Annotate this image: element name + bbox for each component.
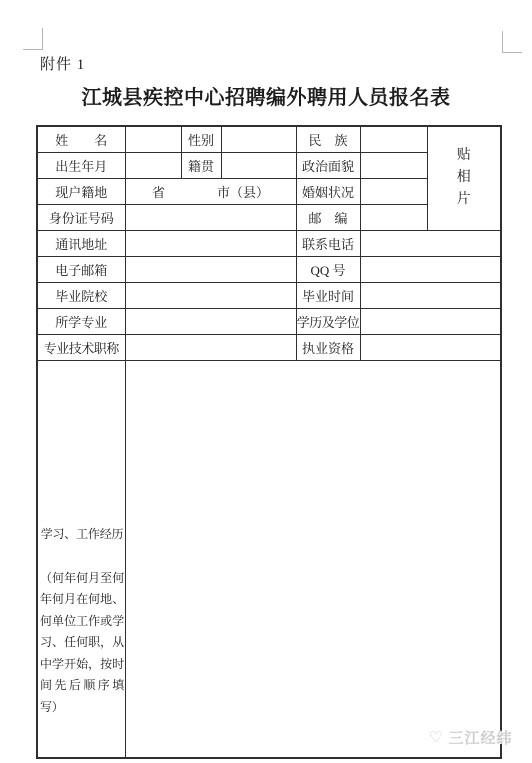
ethnicity-value-cell (360, 126, 427, 152)
address-value-cell (125, 230, 296, 256)
prof-title-label: 专业技术职称 (37, 334, 125, 360)
phone-label: 联系电话 (296, 230, 360, 256)
document-page: 附件 1 江城县疾控中心招聘编外聘用人员报名表 姓 名 性别 民 族 贴相片 出… (0, 0, 532, 763)
row-major-degree: 所学专业 学历及学位 (37, 308, 501, 334)
major-value-cell (125, 308, 296, 334)
political-value-cell (360, 152, 427, 178)
id-number-value-cell (125, 204, 296, 230)
photo-label: 贴相片 (456, 145, 471, 211)
row-proftitle-qualification: 专业技术职称 执业资格 (37, 334, 501, 360)
marital-label: 婚姻状况 (296, 178, 360, 204)
experience-label: 学习、工作经历 (40, 525, 124, 542)
email-value-cell (125, 256, 296, 282)
political-label: 政治面貌 (296, 152, 360, 178)
native-place-value-cell (221, 152, 296, 178)
school-label: 毕业院校 (37, 282, 125, 308)
registration-form-table: 姓 名 性别 民 族 贴相片 出生年月 籍贯 政治面貌 现户籍地 省 市（县） … (36, 125, 502, 759)
experience-value-cell (125, 360, 501, 758)
postal-code-value-cell (360, 204, 427, 230)
grad-time-value-cell (360, 282, 501, 308)
name-value-cell (125, 126, 181, 152)
row-email-qq: 电子邮箱 QQ 号 (37, 256, 501, 282)
postal-code-label: 邮 编 (296, 204, 360, 230)
page-title: 江城县疾控中心招聘编外聘用人员报名表 (0, 81, 532, 110)
margin-crop-mark-top-left (23, 28, 43, 50)
row-address-phone: 通讯地址 联系电话 (37, 230, 501, 256)
attachment-label: 附件 1 (40, 53, 85, 74)
address-label: 通讯地址 (37, 230, 125, 256)
qq-label: QQ 号 (296, 256, 360, 282)
degree-value-cell (360, 308, 501, 334)
degree-label: 学历及学位 (296, 308, 360, 334)
birth-label: 出生年月 (37, 152, 125, 178)
gender-label: 性别 (181, 126, 221, 152)
grad-time-label: 毕业时间 (296, 282, 360, 308)
photo-cell: 贴相片 (427, 126, 501, 230)
prof-title-value-cell (125, 334, 296, 360)
margin-crop-mark-top-right (502, 31, 522, 53)
qq-value-cell (360, 256, 501, 282)
household-value-cell: 省 市（县） (125, 178, 296, 204)
native-place-label: 籍贯 (181, 152, 221, 178)
row-experience: 学习、工作经历 （何年何月至何年何月在何地、何单位工作或学习、任何职，从中学开始… (37, 360, 501, 758)
email-label: 电子邮箱 (37, 256, 125, 282)
row-name-gender-ethnicity: 姓 名 性别 民 族 贴相片 (37, 126, 501, 152)
name-label: 姓 名 (37, 126, 125, 152)
gender-value-cell (221, 126, 296, 152)
row-school-gradtime: 毕业院校 毕业时间 (37, 282, 501, 308)
id-number-label: 身份证号码 (37, 204, 125, 230)
qualification-value-cell (360, 334, 501, 360)
school-value-cell (125, 282, 296, 308)
household-label: 现户籍地 (37, 178, 125, 204)
experience-label-cell: 学习、工作经历 （何年何月至何年何月在何地、何单位工作或学习、任何职，从中学开始… (37, 360, 125, 758)
experience-note: （何年何月至何年何月在何地、何单位工作或学习、任何职，从中学开始，按时间先后顺序… (40, 568, 124, 719)
qualification-label: 执业资格 (296, 334, 360, 360)
watermark: ♡ 三江经纬 (429, 727, 512, 748)
watermark-text: 三江经纬 (448, 727, 512, 748)
ethnicity-label: 民 族 (296, 126, 360, 152)
phone-value-cell (360, 230, 501, 256)
heart-logo-icon: ♡ (429, 728, 443, 747)
major-label: 所学专业 (37, 308, 125, 334)
birth-value-cell (125, 152, 181, 178)
marital-value-cell (360, 178, 427, 204)
